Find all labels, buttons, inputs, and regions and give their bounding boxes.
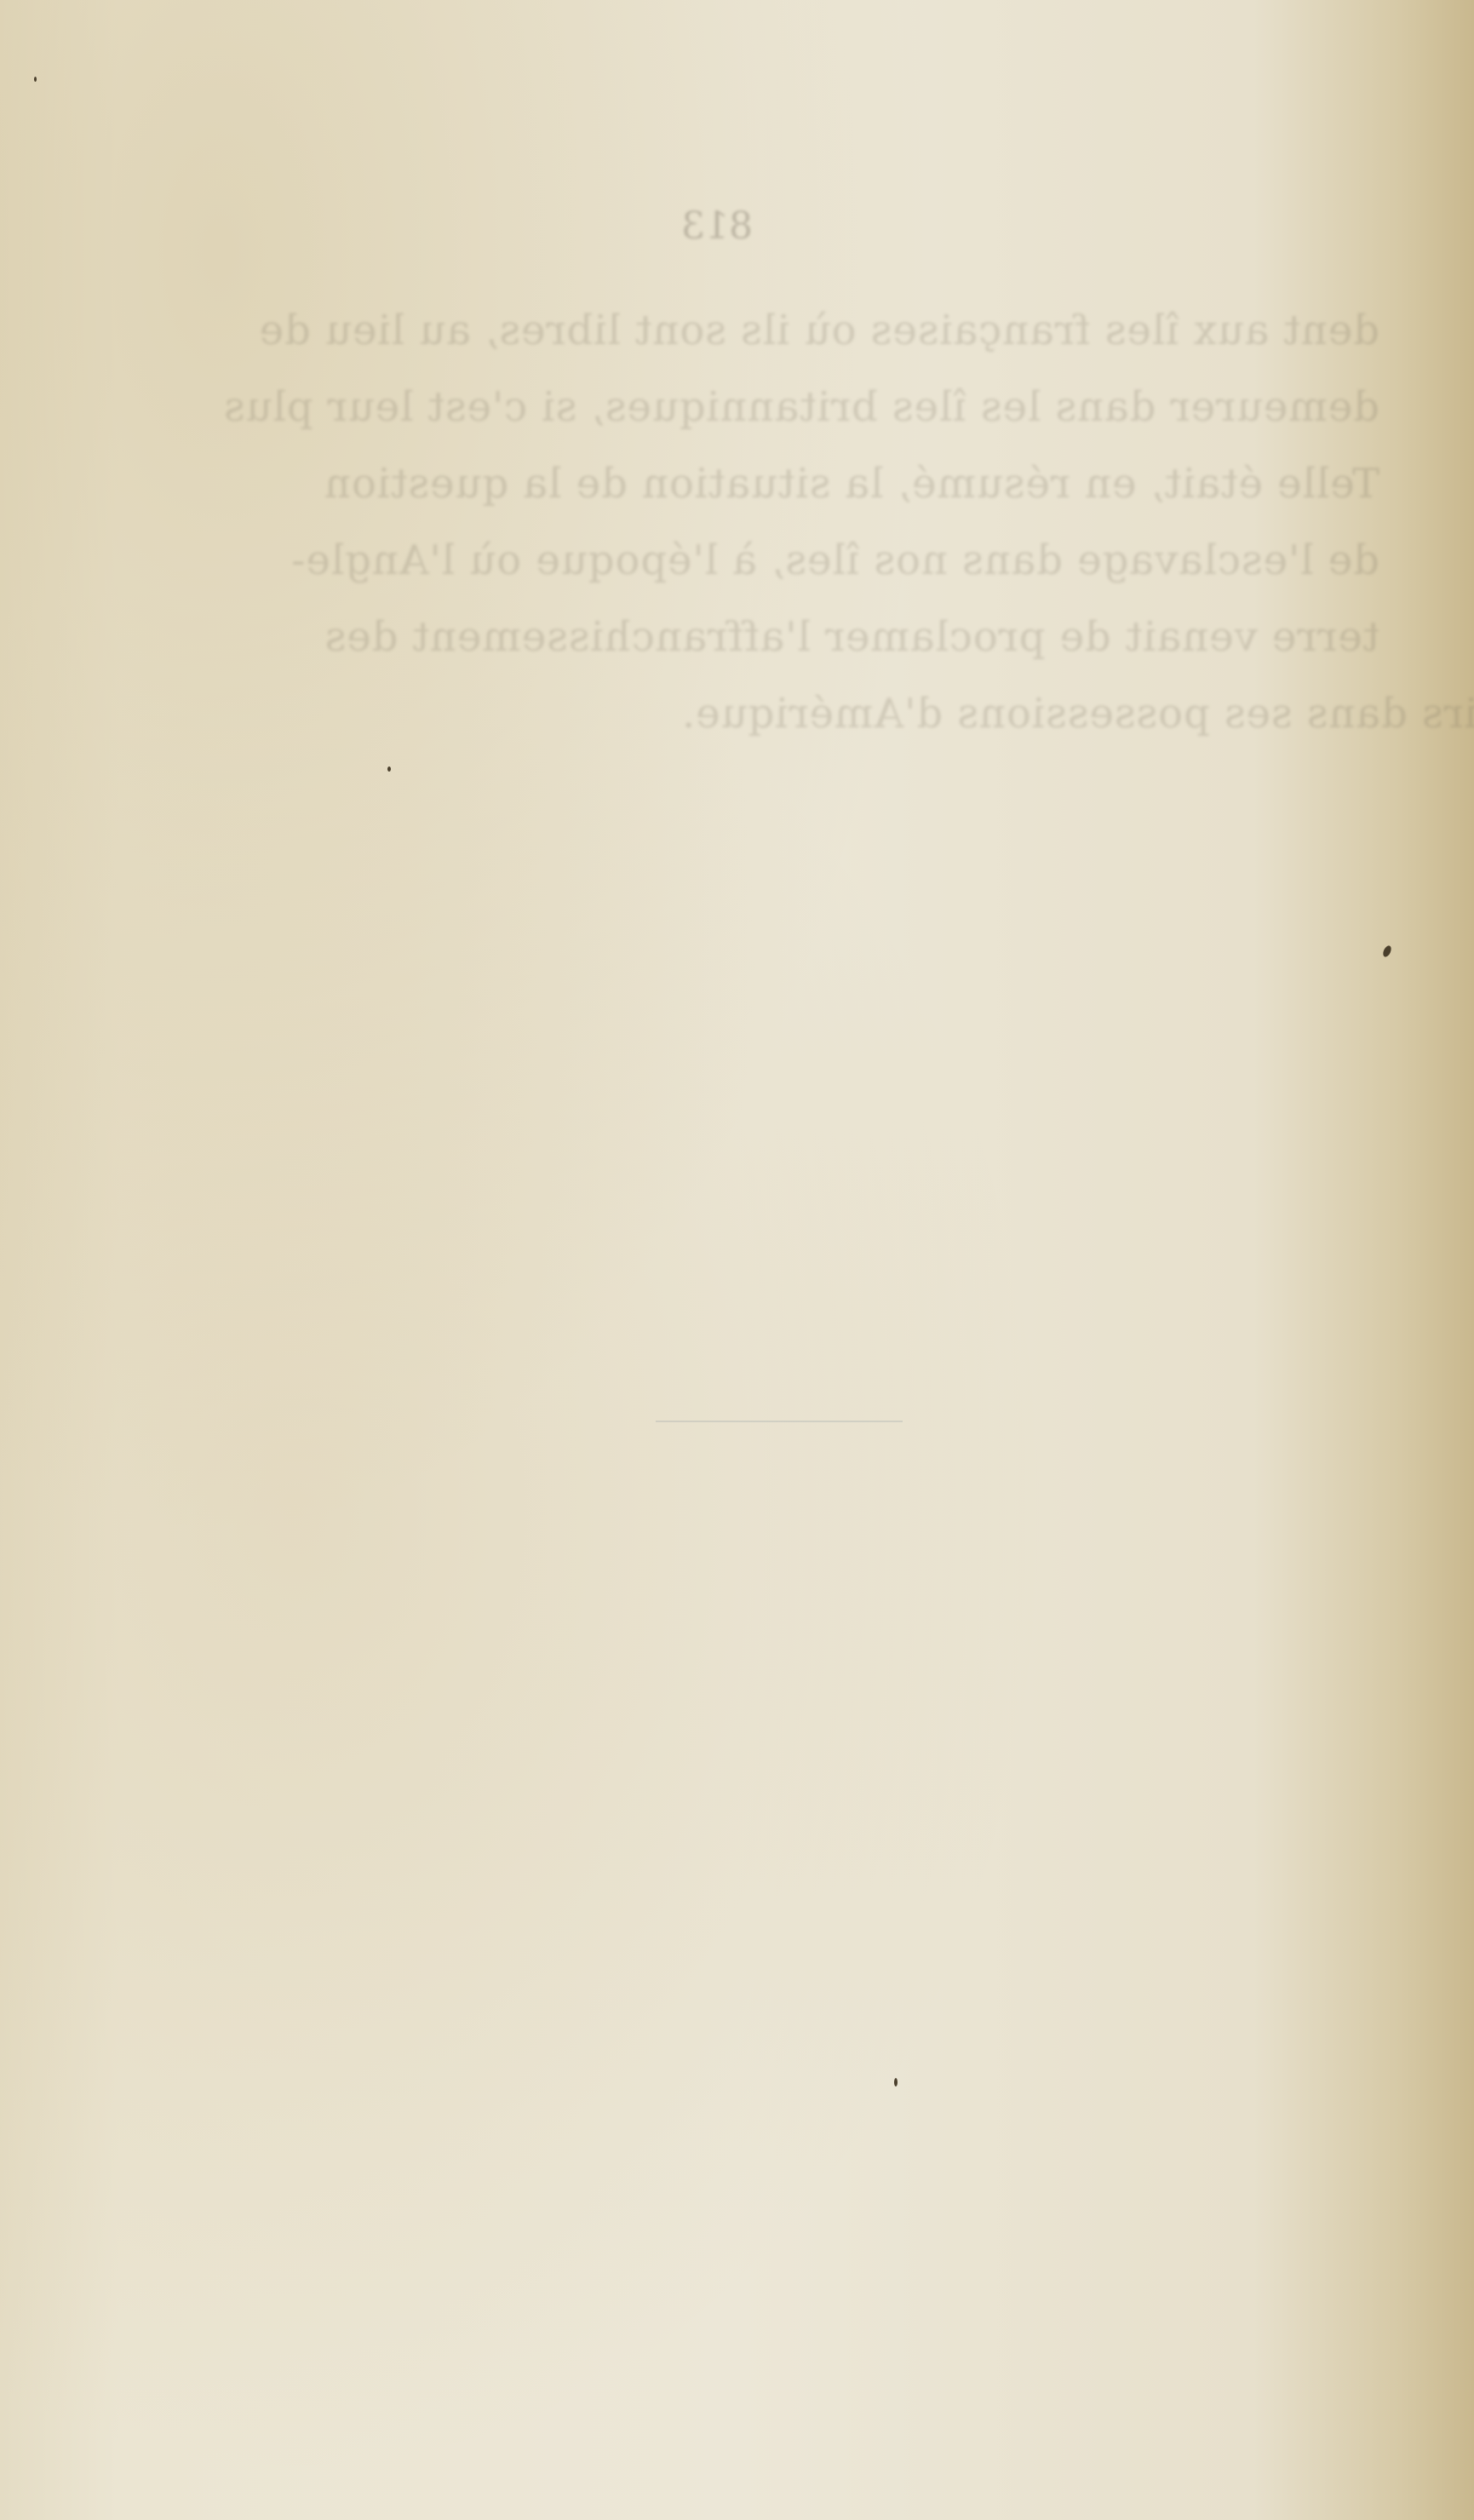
separator-rule — [656, 1421, 903, 1422]
paper-speck — [387, 766, 391, 772]
book-page: 813 dent aux îles françaises où ils sont… — [0, 0, 1474, 2520]
showthrough-line: noirs dans ses possessions d'Amérique. — [681, 690, 1474, 738]
showthrough-line: terre venait de proclamer l'affranchisse… — [170, 613, 1379, 661]
showthrough-line: dent aux îles françaises où ils sont lib… — [170, 307, 1379, 354]
showthrough-line: Telle était, en résumé, la situation de … — [170, 460, 1379, 508]
showthrough-line: demeurer dans les îles britanniques, si … — [170, 383, 1379, 431]
showthrough-line: de l'esclavage dans nos îles, à l'époque… — [170, 537, 1379, 584]
page-number-showthrough: 813 — [681, 204, 753, 248]
paper-speck — [1381, 944, 1392, 958]
paper-speck — [894, 2078, 898, 2087]
paper-speck — [34, 77, 37, 82]
